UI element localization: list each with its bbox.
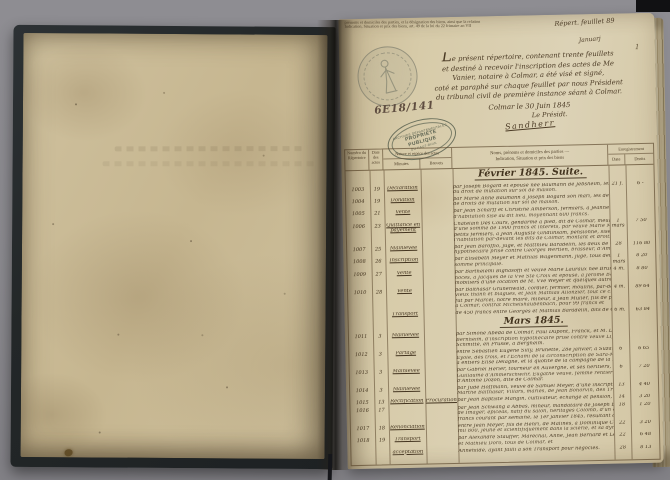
cell-numero: 1018 [351, 438, 375, 449]
cell-date: 28 [372, 289, 386, 311]
binding-ribbon [328, 454, 333, 480]
cell-minute: Quittance en payement [385, 222, 422, 245]
cell-droits: 89 64 [628, 284, 657, 306]
cell-minute: Vente [384, 210, 421, 222]
cell-droits: 8 80 [628, 266, 657, 283]
cell-date: 18 [375, 425, 389, 436]
column-header-numero: Numéro du Répertoire [345, 150, 369, 170]
cell-brevet [421, 197, 453, 209]
handwritten-margin-note: Januarj [579, 35, 602, 44]
ink-offset-ghost-line [115, 146, 303, 151]
cell-registration-date: 1 mars [610, 254, 627, 266]
cell-numero: 1005 [346, 211, 370, 222]
cell-brevet [426, 448, 458, 454]
cell-minute: Mainlevée [387, 333, 424, 350]
column-header-nature: Nature et espèce des actes Minutes Breve… [383, 148, 452, 169]
cell-date: 3 [373, 352, 387, 369]
cell-description: par Barthélemi Bignasoffi et veuve Marie… [455, 267, 611, 287]
cell-droits: 8 13 [631, 444, 659, 450]
cell-date: 3 [374, 370, 388, 387]
cell-brevet [424, 332, 456, 349]
cell-registration-date: 6 [613, 364, 630, 381]
cell-registration-date: 4 m. [611, 266, 628, 283]
paper-specks [23, 33, 25, 35]
register-table: Numéro du Répertoire Date des actes Natu… [344, 143, 661, 466]
cell-minute: Vente [386, 289, 423, 312]
cell-date: 13 [374, 400, 388, 406]
ink-blot [65, 449, 73, 456]
ink-offset-ghost-line [103, 161, 315, 166]
cell-brevet [425, 406, 457, 423]
cell-registration-date: 4 m. [611, 284, 628, 306]
cell-registration-date [612, 329, 629, 346]
cell-brevet [426, 424, 458, 436]
cell-minute: Rectification [388, 399, 425, 406]
cell-droits: 6 48 [631, 432, 660, 444]
cell-droits: 6 65 [629, 346, 658, 363]
cell-date: 19 [375, 438, 389, 449]
cell-numero: 1003 [346, 186, 370, 197]
scanned-register-photo: prénoms et domiciles des parties, et la … [0, 0, 670, 480]
certification-note: Le présent répertoire, contenant trente … [405, 45, 654, 134]
cell-date: 27 [372, 272, 386, 289]
cell-numero [351, 450, 375, 456]
column-header-date: Date des actes [369, 149, 383, 169]
cell-minute: Déclaration [384, 185, 421, 197]
cell-description: Annéhilde, ayant failli à son Transport … [458, 445, 614, 454]
cell-registration-date: 22 [614, 420, 631, 431]
cell-brevet [422, 245, 454, 257]
cell-description: par Gabriel Hérier, tourneur en Auvergne… [457, 365, 613, 385]
cell-date: 26 [371, 259, 385, 270]
cell-description: par Simone Abéda de Colmar, Paul Dupont,… [456, 329, 612, 349]
cell-brevet [424, 350, 456, 367]
cell-droits: 1 20 [630, 402, 659, 419]
cell-numero: 1009 [348, 272, 372, 289]
cell-date: 25 [371, 246, 385, 257]
cell-date: 17 [374, 407, 388, 424]
cell-minute: Donation [384, 198, 421, 210]
cell-numero: 1004 [346, 199, 370, 210]
cell-date: 3 [374, 387, 388, 398]
cell-description: entre Sébastien Eugène Silly, Brunette, … [456, 347, 612, 367]
cell-registration-date: 18 [613, 402, 630, 419]
cell-minute [388, 406, 425, 423]
cell-minute: Mainlevée [385, 246, 422, 258]
cell-date: 19 [370, 186, 384, 197]
cut-off-printed-header-fragment: prénoms et domiciles des parties, et la … [344, 19, 556, 35]
table-body: Février 1845. Suite.100319Déclarationpar… [346, 165, 660, 465]
cell-brevet [425, 368, 457, 385]
cell-registration-date: 28 [610, 241, 627, 252]
cell-droits: 3 20 [630, 394, 659, 401]
cell-minute: Renonciation [389, 424, 426, 436]
cell-minute: acceptation [389, 449, 426, 455]
column-header-minutes: Minutes [383, 159, 420, 170]
cell-minute: Inscription [385, 258, 422, 270]
cell-description: par Balthasar Grunenwald, cordier, fermi… [455, 285, 611, 310]
cell-droits: 4 40 [630, 382, 659, 394]
cell-brevet [423, 288, 455, 310]
cell-droits: 7 20 [630, 364, 659, 381]
cell-numero: 1008 [347, 259, 371, 271]
cell-brevet [421, 184, 453, 196]
cell-brevet [422, 257, 454, 269]
cell-registration-date: 14 [613, 395, 630, 401]
cell-brevet: Procuration [425, 398, 457, 405]
cell-brevet [423, 270, 455, 287]
cell-date: 3 [373, 334, 387, 351]
cell-registration-date: 21 f. [609, 181, 626, 192]
cell-minute: Transport [389, 437, 426, 449]
photo-black-corner [636, 0, 670, 12]
cell-date: 19 [370, 198, 384, 209]
cell-numero: 1007 [347, 247, 371, 258]
cell-numero: 1017 [351, 425, 375, 436]
cell-droits: 8 20 [627, 253, 656, 265]
cell-registration-date: 6 [612, 347, 629, 364]
cell-numero: 1010 [348, 290, 372, 312]
cell-date: 23 [371, 223, 385, 245]
cell-droits [626, 193, 655, 205]
cell-registration-date [609, 193, 626, 204]
cell-registration-date: 1 mars [610, 218, 627, 240]
column-header-brevets: Brevets [420, 158, 452, 169]
column-header-reg-date: Date [608, 154, 625, 164]
column-header-enregistrement: Enregistrement Date Droits [608, 144, 654, 165]
cell-droits [629, 328, 658, 345]
cell-droits [626, 205, 655, 217]
left-blank-pastedown-page [21, 33, 328, 459]
cell-registration-date: 13 [613, 382, 630, 393]
cell-date: 21 [370, 211, 384, 222]
cell-minute: Mainlevée [388, 369, 425, 386]
cell-numero: 1016 [350, 408, 374, 425]
cell-brevet [422, 222, 454, 244]
cell-brevet [421, 209, 453, 221]
cell-description: par Jean Schwang à Abbas, mineur, mandat… [457, 403, 613, 423]
cell-brevet [426, 436, 458, 448]
handwritten-margin-note: Répert. feuillet 89 [554, 17, 614, 28]
cell-droits: 6 - [626, 180, 655, 192]
cell-registration-date: 28 [614, 445, 631, 451]
column-header-parties: Noms, prénoms et domiciles des parties —… [452, 145, 608, 168]
column-header-reg-droits: Droits [625, 154, 654, 165]
cell-droits: 3 20 [631, 419, 660, 431]
cell-minute: Partage [387, 351, 424, 368]
cell-numero: 1013 [350, 370, 374, 387]
cell-minute: Mainlevée [388, 387, 425, 399]
cell-registration-date: 22 [614, 432, 631, 443]
cell-numero: 1011 [349, 334, 373, 351]
cell-droits: 116 80 [627, 241, 656, 253]
cell-numero: 1006 [347, 223, 371, 245]
cell-minute: Vente [386, 271, 423, 288]
cell-droits: 7 50 [627, 217, 656, 239]
cell-date [375, 450, 389, 456]
left-cover-board [10, 25, 335, 469]
cell-description: Châtelain Des Cours, gendarme à pied, di… [454, 218, 610, 243]
cell-numero: 1012 [349, 352, 373, 369]
cell-numero: 1015 [350, 400, 374, 407]
cell-numero: 1014 [350, 388, 374, 399]
cell-registration-date [609, 206, 626, 217]
cell-brevet [425, 386, 457, 398]
register-page: prénoms et domiciles des parties, et la … [338, 13, 663, 470]
